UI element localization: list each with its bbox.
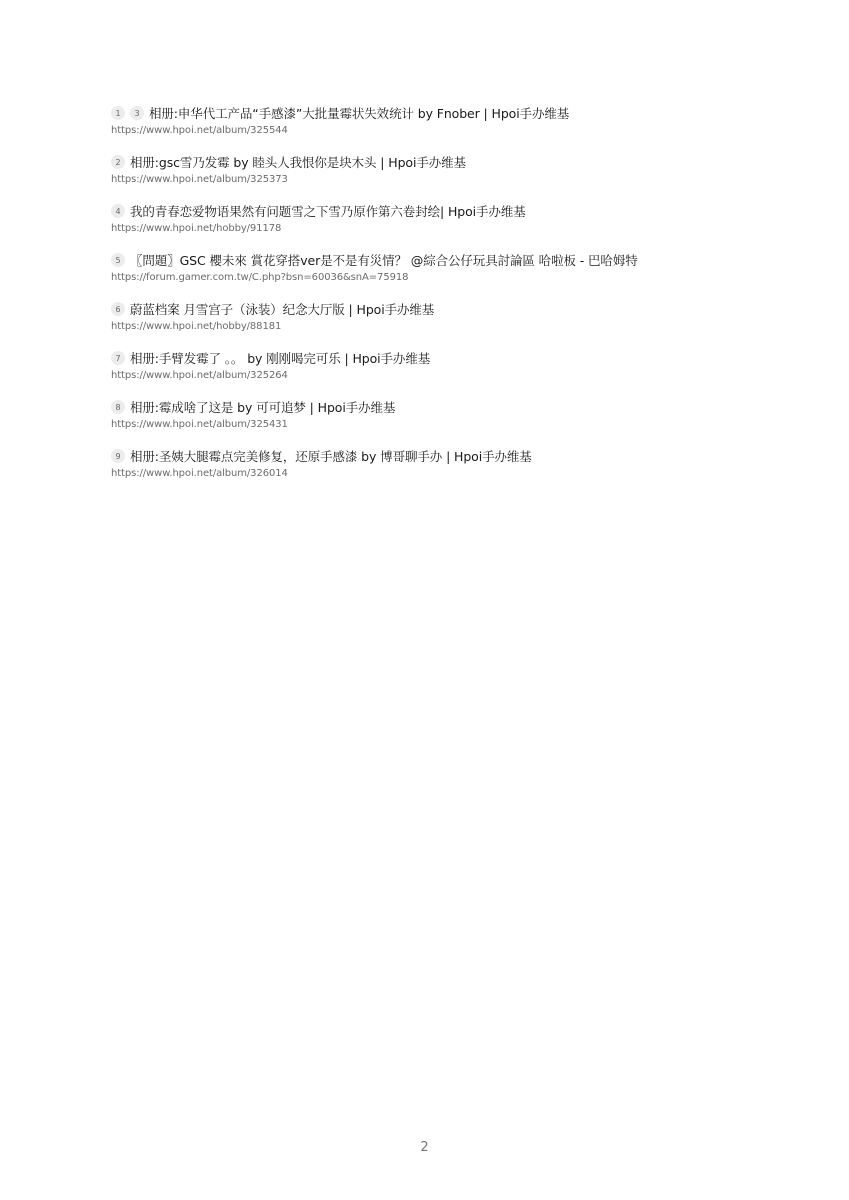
reference-url[interactable]: https://www.hpoi.net/album/325264 xyxy=(111,369,751,383)
reference-item: 5 〖問題〗GSC 櫻未來 賞花穿搭ver是不是有災情？ @綜合公仔玩具討論區 … xyxy=(111,250,751,299)
reference-title-link[interactable]: 蔚蓝档案 月雪宫子（泳装）纪念大厅版 | Hpoi手办维基 xyxy=(130,300,434,318)
reference-title-link[interactable]: 〖問題〗GSC 櫻未來 賞花穿搭ver是不是有災情？ @綜合公仔玩具討論區 哈啦… xyxy=(130,251,638,269)
reference-url[interactable]: https://www.hpoi.net/hobby/91178 xyxy=(111,222,751,236)
reference-url[interactable]: https://www.hpoi.net/album/325373 xyxy=(111,173,751,187)
citation-badge[interactable]: 2 xyxy=(111,155,125,169)
reference-url[interactable]: https://www.hpoi.net/album/325544 xyxy=(111,124,751,138)
reference-list: 1 3 相册:申华代工产品“手感漆”大批量霉状失效统计 by Fnober | … xyxy=(111,103,751,495)
reference-url[interactable]: https://forum.gamer.com.tw/C.php?bsn=600… xyxy=(111,271,751,285)
citation-badge[interactable]: 7 xyxy=(111,351,125,365)
citation-badge[interactable]: 1 xyxy=(111,106,125,120)
citation-badge[interactable]: 6 xyxy=(111,302,125,316)
reference-title-link[interactable]: 相册:申华代工产品“手感漆”大批量霉状失效统计 by Fnober | Hpoi… xyxy=(149,104,569,122)
citation-badge[interactable]: 9 xyxy=(111,449,125,463)
reference-item: 1 3 相册:申华代工产品“手感漆”大批量霉状失效统计 by Fnober | … xyxy=(111,103,751,152)
page-number: 2 xyxy=(0,1140,849,1155)
citation-badge[interactable]: 4 xyxy=(111,204,125,218)
reference-item: 2 相册:gsc雪乃发霉 by 睦头人我恨你是块木头 | Hpoi手办维基 ht… xyxy=(111,152,751,201)
reference-url[interactable]: https://www.hpoi.net/hobby/88181 xyxy=(111,320,751,334)
reference-item: 8 相册:霉成啥了这是 by 可可追梦 | Hpoi手办维基 https://w… xyxy=(111,397,751,446)
reference-title-link[interactable]: 相册:手臂发霉了 。。 by 刚刚喝完可乐 | Hpoi手办维基 xyxy=(130,349,430,367)
reference-item: 6 蔚蓝档案 月雪宫子（泳装）纪念大厅版 | Hpoi手办维基 https://… xyxy=(111,299,751,348)
reference-url[interactable]: https://www.hpoi.net/album/325431 xyxy=(111,418,751,432)
reference-item: 7 相册:手臂发霉了 。。 by 刚刚喝完可乐 | Hpoi手办维基 https… xyxy=(111,348,751,397)
citation-badge[interactable]: 8 xyxy=(111,400,125,414)
reference-title-link[interactable]: 我的青春恋爱物语果然有问题雪之下雪乃原作第六卷封绘| Hpoi手办维基 xyxy=(130,202,526,220)
reference-title-link[interactable]: 相册:圣姨大腿霉点完美修复，还原手感漆 by 博哥聊手办 | Hpoi手办维基 xyxy=(130,447,532,465)
reference-item: 9 相册:圣姨大腿霉点完美修复，还原手感漆 by 博哥聊手办 | Hpoi手办维… xyxy=(111,446,751,495)
reference-url[interactable]: https://www.hpoi.net/album/326014 xyxy=(111,467,751,481)
citation-badge[interactable]: 3 xyxy=(130,106,144,120)
reference-title-link[interactable]: 相册:霉成啥了这是 by 可可追梦 | Hpoi手办维基 xyxy=(130,398,395,416)
reference-item: 4 我的青春恋爱物语果然有问题雪之下雪乃原作第六卷封绘| Hpoi手办维基 ht… xyxy=(111,201,751,250)
reference-title-link[interactable]: 相册:gsc雪乃发霉 by 睦头人我恨你是块木头 | Hpoi手办维基 xyxy=(130,153,466,171)
citation-badge[interactable]: 5 xyxy=(111,253,125,267)
